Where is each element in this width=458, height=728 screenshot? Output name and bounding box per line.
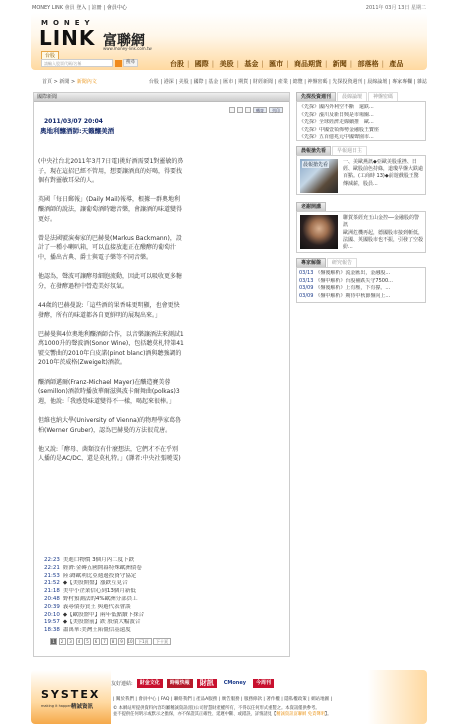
- breadcrumb-news[interactable]: 新聞: [59, 79, 69, 85]
- copyright: © 本網站所提供資料內容均屬精誠資訊(股)公司智慧財產權所有，不得以任何形式重製…: [113, 706, 331, 717]
- search-button[interactable]: 搜尋: [115, 59, 138, 67]
- page-1[interactable]: 1: [50, 638, 57, 645]
- logo-link[interactable]: LINK: [39, 26, 95, 50]
- article-paragraph: 44歲的巴赫曼說:「這些酒的果香味更明顯，也會更快發酵，所有的味道都各自更鮮明的…: [38, 301, 184, 320]
- news-item[interactable]: 21:52◆【美股開盤】漲跌互見合: [44, 580, 184, 588]
- print-button[interactable]: 列印: [269, 107, 283, 113]
- news-title[interactable]: 義尋債券買王 與避代表會談: [63, 604, 131, 610]
- friend-logo-business-today[interactable]: 今周刊: [253, 679, 274, 688]
- copyright-line-2: 並不提供任何明示或默示之擔保，亦不保證其正確性、延遲中斷、或錯誤，詳情請見【: [113, 712, 276, 717]
- tab-market-code[interactable]: 神盤密碼: [368, 92, 398, 101]
- sidebar-commentary-box: 老謝開講 聯賀茶經充玉山金控──金融股的警訊 歐洲危機再起，德國股市接到斬低，法…: [296, 202, 426, 253]
- news-title[interactable]: ◆【美股開盤】漲跌互見合: [63, 580, 128, 586]
- nav-products[interactable]: 產品: [389, 60, 403, 68]
- section-title: 國際新聞: [34, 93, 289, 102]
- news-time: 22:23: [44, 557, 60, 563]
- page-7[interactable]: 7: [101, 638, 108, 645]
- footer-links[interactable]: | 關於我們 | 會員中心 | FAQ | 聯絡我們 | 產品A服務 | 廣告服…: [113, 696, 332, 702]
- expert-date: 03/13: [299, 278, 313, 284]
- expert-date: 03/09: [299, 293, 313, 299]
- tab-xie-talk[interactable]: 老謝開講: [296, 202, 326, 211]
- expert-item[interactable]: 03/13《盤後解析》流金匯出，金融股...: [299, 270, 423, 278]
- news-item[interactable]: 20:39義尋債券買王 與避代表會談: [44, 604, 184, 612]
- news-time: 21:52: [44, 580, 60, 586]
- expert-title[interactable]: 《盤後解析》流金匯出，金融股...: [315, 270, 390, 276]
- thumbnail-label: 晨報搶先看: [302, 161, 329, 168]
- search-tab[interactable]: 台股: [41, 51, 59, 59]
- next-page-button[interactable]: 下1頁: [135, 638, 152, 645]
- news-title[interactable]: 美中小企業信心到13個月新低: [63, 588, 136, 594]
- sub-bar: 首頁 > 新聞 > 新聞內文 台股 | 港深 | 美股 | 國際 | 基金 | …: [42, 78, 427, 86]
- news-item[interactable]: 19:57◆【美股盤前】跌 股債大幅波合: [44, 619, 184, 627]
- news-time: 19:57: [44, 619, 60, 625]
- article-paragraph: 他又說:「酵母、菌類沒有什麼想法，它們才不在乎別人播的是AC/DC、還是莫札特。…: [38, 445, 184, 464]
- article-paragraph: 他認為，聲波可讓酵母細胞流動，因此可以吸收更多糖分，在發酵過程中營造美好氛氣。: [38, 272, 184, 291]
- systex-logo[interactable]: SYSTEX making it happen 精誠資訊: [31, 670, 111, 724]
- article-paragraph: 釀酒師邁爾(Franz-Michael Mayer)在釀造賽美蓉(semillo…: [38, 378, 184, 407]
- logo-url: www.money-link.com.tw: [103, 46, 152, 51]
- news-item[interactable]: 21:18美中小企業信心到13個月新低: [44, 588, 184, 596]
- news-time: 20:48: [44, 596, 60, 602]
- article-paragraph: 曾是法國號演奏家的巴赫曼(Markus Backmann)，設計了一種小喇叭箱，…: [38, 234, 184, 263]
- next-ten-pages-button[interactable]: 下十頁: [153, 638, 171, 645]
- article-body: (中央社台北2011年3月7日電)挑好酒需要1對靈敏的鼻子，現在這招已經不管用，…: [38, 157, 184, 474]
- sidebar-weekly-box: 先探投資週刊 晨線論壇 神盤密碼 《先探》國內外利空不斷 還跌... 《先探》漲…: [296, 92, 426, 141]
- news-time: 21:18: [44, 588, 60, 594]
- page-2[interactable]: 2: [59, 638, 66, 645]
- news-list: 22:23美進口物價 3個月內二度下跌 22:21經濟:金磚五國開幕特殊歐洲債卷…: [44, 557, 184, 635]
- news-time: 22:21: [44, 565, 60, 571]
- disclaimer-link[interactable]: 精誠資訊富聯網 免責聲明: [276, 712, 325, 717]
- morning-summary[interactable]: 一、美歐燕訊◆亞歐美股重挫、日經、歐股前色持綠，道瓊早盤大跌逾百點。(工商時 1…: [343, 159, 423, 188]
- friend-links-label: 友好連結:: [111, 680, 133, 687]
- friend-links: 友好連結: 財金文化 時報快報 財訊 CMoney 今周刊: [111, 679, 274, 688]
- tab-research-report[interactable]: 研究報告: [327, 258, 357, 267]
- font-small-button[interactable]: [229, 107, 235, 113]
- page-4[interactable]: 4: [76, 638, 83, 645]
- nav-international[interactable]: 國際: [195, 60, 209, 68]
- nav-commodities[interactable]: 商品期貨: [294, 60, 322, 68]
- page-6[interactable]: 6: [93, 638, 100, 645]
- copyright-end: 】。: [325, 712, 331, 717]
- page-5[interactable]: 5: [84, 638, 91, 645]
- breadcrumb-current: 新聞內文: [77, 79, 97, 85]
- member-label: MONEY LINK 會員: [32, 5, 75, 11]
- news-title[interactable]: 野村預測法的4%歐洲分部員工: [63, 596, 138, 602]
- weekly-item[interactable]: 《先探》中國壹領佈勢金融股王寶座: [299, 127, 423, 135]
- article-paragraph: (中央社台北2011年3月7日電)挑好酒需要1對靈敏的鼻子，現在這招已經不管用，…: [38, 157, 184, 186]
- article-paragraph: 英國「每日郵報」(Daily Mail)報導，根據一群奧地利釀酒師的說法，讓葡萄…: [38, 195, 184, 224]
- news-time: 18:38: [44, 627, 60, 633]
- site-header: MONEY LINK 富聯網 www.money-link.com.tw 台股 …: [31, 13, 427, 70]
- nav-funds[interactable]: 基金: [244, 60, 258, 68]
- article-date: 2011/03/07 20:04: [44, 118, 103, 125]
- news-item[interactable]: 20:10◆【歐股盤中】兩年低點續下探合: [44, 612, 184, 620]
- stock-search-input[interactable]: 請輸入股票代碼/名稱: [41, 59, 113, 67]
- tab-expert-analysis[interactable]: 專家解盤: [296, 258, 326, 267]
- news-item[interactable]: 22:23美進口物價 3個月內二度下跌: [44, 557, 184, 565]
- main-nav: 台股| 國際| 美股| 基金| 匯市| 商品期貨| 新聞| 部落格| 產品: [170, 59, 403, 69]
- friend-logo-cmoney[interactable]: CMoney: [221, 679, 249, 688]
- font-medium-button[interactable]: [237, 107, 243, 113]
- page-10[interactable]: 10: [127, 638, 134, 645]
- current-date: 2011年 03月 13日 星期二: [366, 4, 426, 11]
- news-title[interactable]: 蕭萬華:美灣王陷僵信基遠度: [63, 627, 131, 633]
- pagination: 1 2 3 4 5 6 7 8 9 10 下1頁 下十頁: [50, 638, 171, 645]
- news-title[interactable]: 經濟:金磚五國開幕特殊歐洲債卷: [63, 565, 142, 571]
- page-9[interactable]: 9: [118, 638, 125, 645]
- systex-brand-cn: 精誠資訊: [71, 702, 93, 710]
- nav-taiwan-stocks[interactable]: 台股: [170, 60, 184, 68]
- sub-nav[interactable]: 台股 | 港深 | 美股 | 國際 | 基金 | 匯市 | 期貨 | 財經新聞 …: [149, 78, 427, 85]
- news-item[interactable]: 21:53陸:蹲歐利比亞週邊投資守協定: [44, 573, 184, 581]
- article-paragraph: 巴赫曼與4位奧地利釀酒師合作，以音樂讓酒法來測試1萬1000升的聲波酒(Sono…: [38, 330, 184, 368]
- news-title[interactable]: ◆【歐股盤中】兩年低點續下探合: [63, 612, 144, 618]
- article-paragraph: 但維也納大學(University of Vienna)的物理學家葛魯柏(Wer…: [38, 416, 184, 435]
- systex-brand: SYSTEX: [41, 688, 100, 701]
- tab-early-report[interactable]: 早報週日主: [332, 146, 367, 155]
- commentary-title[interactable]: 聯賀茶經充玉山金控──金融股的警訊: [343, 215, 423, 229]
- article-title: 奧地利釀酒師:天籟釀美酒: [40, 126, 114, 135]
- forward-button[interactable]: 轉寄: [253, 107, 267, 113]
- breadcrumb: 首頁 > 新聞 > 新聞內文: [42, 78, 97, 85]
- login-link[interactable]: 登入: [76, 5, 86, 11]
- commentator-photo[interactable]: [300, 215, 338, 249]
- news-item[interactable]: 18:38蕭萬華:美灣王陷僵信基遠度: [44, 627, 184, 635]
- news-item[interactable]: 22:21經濟:金磚五國開幕特殊歐洲債卷: [44, 565, 184, 573]
- nav-forex[interactable]: 匯市: [269, 60, 283, 68]
- morning-thumbnail[interactable]: 晨報搶先看: [300, 159, 338, 193]
- news-time: 21:53: [44, 573, 60, 579]
- member-center-link[interactable]: 會員中心: [107, 5, 127, 11]
- tab-weekly[interactable]: 先探投資週刊: [296, 92, 336, 101]
- nav-blog[interactable]: 部落格: [358, 60, 379, 68]
- expert-item[interactable]: 03/13《盤中解析》台股補跌失守7500...: [299, 278, 423, 286]
- weekly-item[interactable]: 《先探》全球經濟走線續推 歐...: [299, 119, 423, 127]
- news-time: 20:39: [44, 604, 60, 610]
- news-item[interactable]: 20:48野村預測法的4%歐洲分部員工: [44, 596, 184, 604]
- top-bar: MONEY LINK 會員 登入| 註冊| 會員中心 2011年 03月 13日…: [32, 4, 426, 12]
- expert-item[interactable]: 03/09《盤中解析》期待中秋節盤向上...: [299, 293, 423, 301]
- news-time: 20:10: [44, 612, 60, 618]
- page-8[interactable]: 8: [110, 638, 117, 645]
- page-3[interactable]: 3: [67, 638, 74, 645]
- news-title[interactable]: 美進口物價 3個月內二度下跌: [63, 557, 134, 563]
- weekly-item[interactable]: 《先探》五百億兆元中國聲園市...: [299, 134, 423, 142]
- article-panel: 國際新聞 轉寄 列印 2011/03/07 20:04 奧地利釀酒師:天籟釀美酒…: [33, 92, 290, 657]
- tab-morning-preview[interactable]: 晨報搶先看: [296, 146, 331, 155]
- friend-logo-caixun[interactable]: 財訊: [197, 679, 217, 688]
- expert-item[interactable]: 03/09《盤後解析》上有壓，下有撐。...: [299, 285, 423, 293]
- expert-title[interactable]: 《盤中解析》台股補跌失守7500...: [315, 278, 393, 284]
- font-large-button[interactable]: [245, 107, 251, 113]
- nav-news[interactable]: 新聞: [333, 60, 347, 68]
- commentary-text: 歐洲危機再起，德國股市接到斬低，法國、英國股市也不振，引發了空殺紛...: [343, 230, 423, 252]
- sidebar-expert-box: 專家解盤 研究報告 03/13《盤後解析》流金匯出，金融股... 03/13《盤…: [296, 258, 426, 303]
- expert-title[interactable]: 《盤中解析》期待中秋節盤向上...: [315, 293, 390, 299]
- breadcrumb-home[interactable]: 首頁: [42, 79, 52, 85]
- expert-date: 03/09: [299, 285, 313, 291]
- tab-morning-forum[interactable]: 晨線論壇: [337, 92, 367, 101]
- search-button-label: 搜尋: [123, 59, 138, 67]
- news-title[interactable]: ◆【美股盤前】跌 股債大幅波合: [63, 619, 140, 625]
- weekly-item[interactable]: 《先探》國內外利空不斷 還跌...: [299, 104, 423, 112]
- search-icon: [115, 60, 122, 67]
- site-footer: SYSTEX making it happen 精誠資訊 友好連結: 財金文化 …: [31, 670, 427, 724]
- friend-logo-shibao[interactable]: 時報快報: [167, 679, 193, 688]
- friend-logo-caijin[interactable]: 財金文化: [137, 679, 163, 688]
- sidebar-morning-box: 晨報搶先看 早報週日主 晨報搶先看 一、美歐燕訊◆亞歐美股重挫、日經、歐股前色持…: [296, 146, 426, 195]
- news-title[interactable]: 陸:蹲歐利比亞週邊投資守協定: [63, 573, 136, 579]
- article-tools: 轉寄 列印: [229, 107, 283, 113]
- systex-tagline: making it happen: [41, 704, 72, 708]
- register-link[interactable]: 註冊: [92, 5, 102, 11]
- expert-date: 03/13: [299, 270, 313, 276]
- nav-us-stocks[interactable]: 美股: [220, 60, 234, 68]
- expert-title[interactable]: 《盤後解析》上有壓，下有撐。...: [315, 285, 390, 291]
- weekly-item[interactable]: 《先探》漲川及新日興是市場關...: [299, 112, 423, 120]
